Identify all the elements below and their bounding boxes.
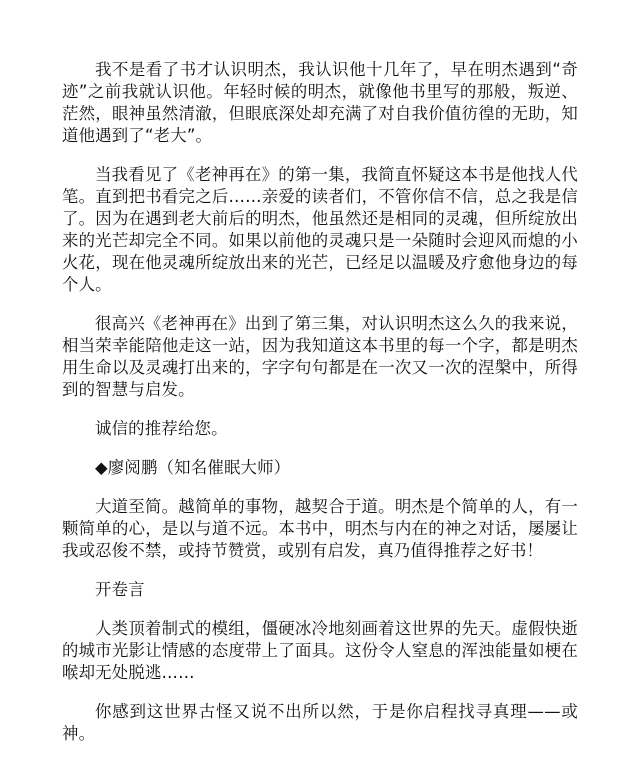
paragraph-recommendation: 诚信的推荐给您。 <box>62 418 578 440</box>
paragraph-third-volume: 很高兴《老神再在》出到了第三集，对认识明杰这么久的我来说，相当荣幸能陪他走这一站… <box>62 313 578 401</box>
paragraph-preface-1: 人类顶着制式的模组，僵硬冰冷地刻画着这世界的先天。虚假快逝的城市光影让情感的态度… <box>62 618 578 684</box>
paragraph-preface-2: 你感到这世界古怪又说不出所以然，于是你启程找寻真理——或神。 <box>62 701 578 745</box>
endorser-heading: ◆廖阅鹏（知名催眠大师） <box>62 457 578 479</box>
paragraph-endorsement: 大道至简。越简单的事物，越契合于道。明杰是个简单的人，有一颗简单的心，是以与道不… <box>62 496 578 562</box>
document-page: 我不是看了书才认识明杰，我认识他十几年了，早在明杰遇到“奇迹”之前我就认识他。年… <box>62 59 578 762</box>
paragraph-recollection: 我不是看了书才认识明杰，我认识他十几年了，早在明杰遇到“奇迹”之前我就认识他。年… <box>62 59 578 147</box>
paragraph-first-volume: 当我看见了《老神再在》的第一集，我简直怀疑这本书是他找人代笔。直到把书看完之后…… <box>62 164 578 296</box>
section-heading-preface: 开卷言 <box>62 579 578 601</box>
